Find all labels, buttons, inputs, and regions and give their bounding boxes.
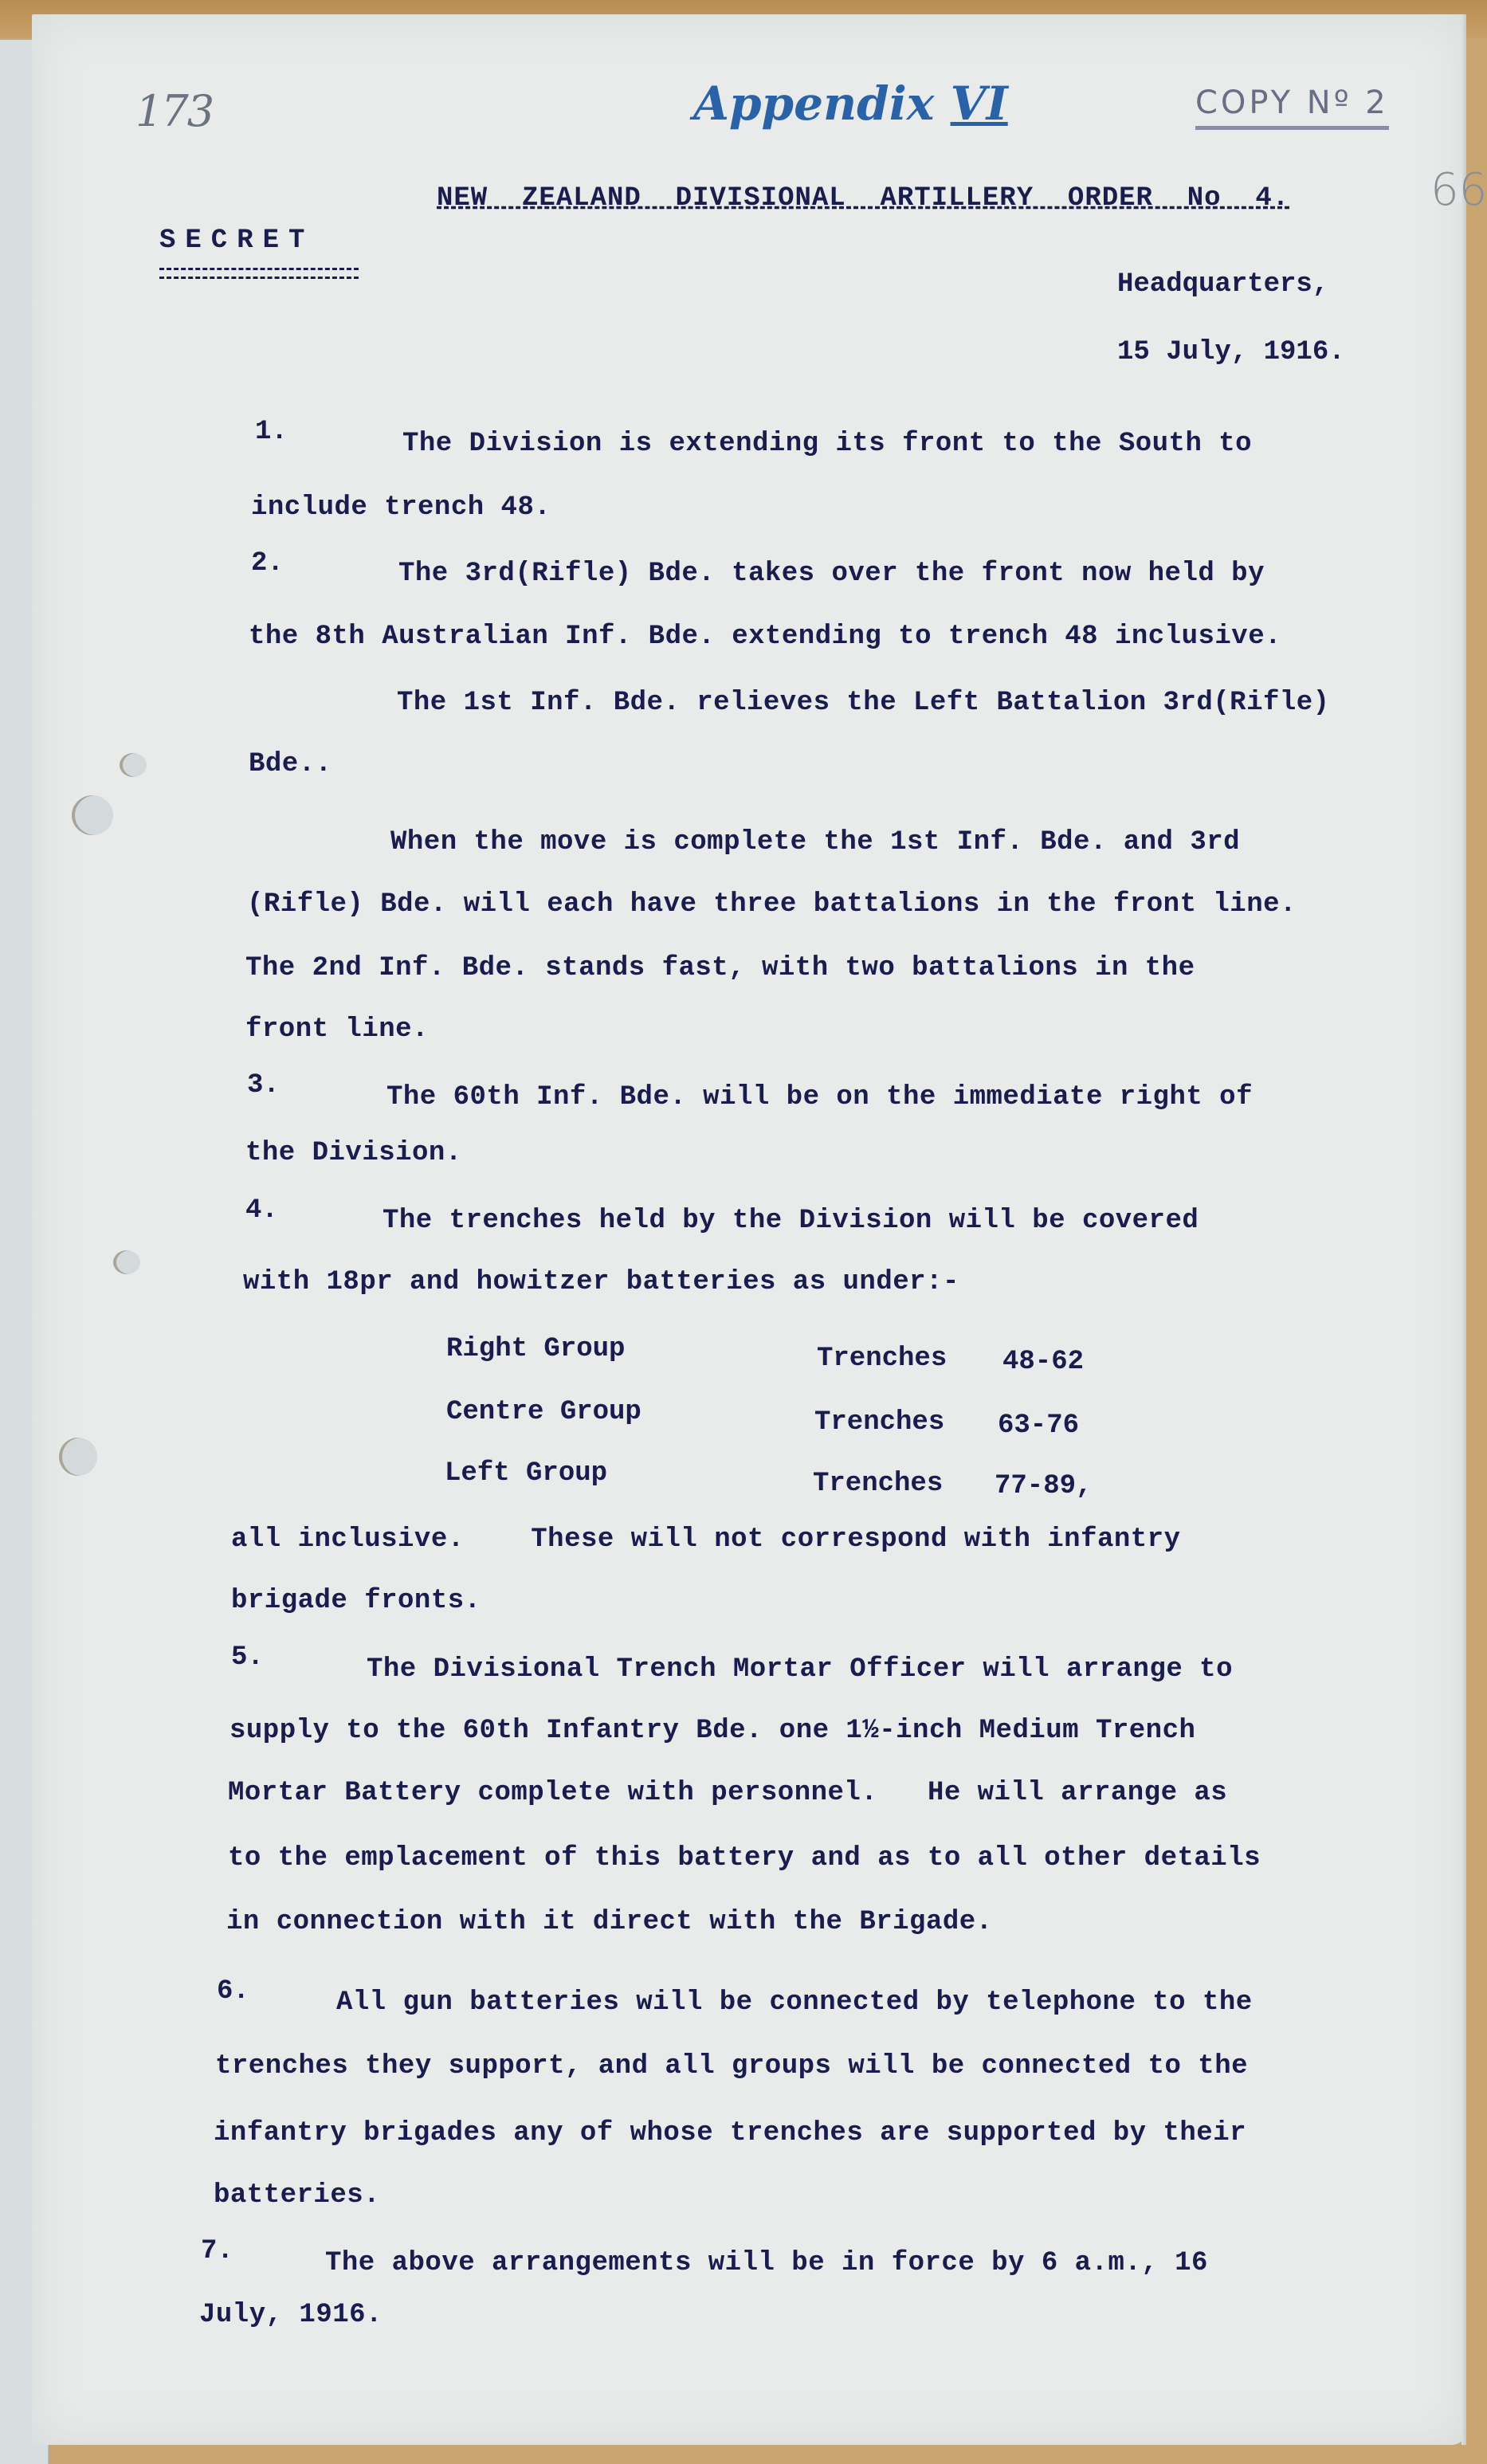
folio-number: 66	[1430, 164, 1487, 216]
paragraph-line: The Divisional Trench Mortar Officer wil…	[367, 1654, 1233, 1685]
paragraph-line: to the emplacement of this battery and a…	[228, 1843, 1261, 1874]
classification-underline	[159, 268, 359, 279]
paragraph-number: 1.	[255, 417, 288, 447]
paragraph-line: include trench 48.	[251, 492, 551, 523]
paragraph-line: All gun batteries will be connected by t…	[336, 1987, 1253, 2018]
paragraph-line: in connection with it direct with the Br…	[226, 1907, 993, 1937]
paragraph-line: brigade fronts.	[231, 1586, 481, 1616]
appendix-annotation: Appendix VI	[693, 77, 1008, 131]
reference-number-text: 173	[135, 86, 213, 136]
paragraph-line: infantry brigades any of whose trenches …	[214, 2118, 1246, 2148]
paragraph-line: Bde..	[249, 749, 332, 779]
punch-hole	[59, 1438, 97, 1476]
paragraph-number: 3.	[247, 1070, 280, 1101]
group-name: Right Group	[446, 1334, 625, 1364]
location-line: Headquarters,	[1117, 269, 1328, 300]
paragraph-line: (Rifle) Bde. will each have three battal…	[247, 889, 1297, 920]
paragraph-number: 4.	[245, 1195, 278, 1226]
paragraph-line: the Division.	[245, 1138, 462, 1168]
group-name: Left Group	[445, 1458, 607, 1489]
group-trenches-label: Trenches	[813, 1469, 943, 1499]
paragraph-line: The 60th Inf. Bde. will be on the immedi…	[386, 1082, 1253, 1112]
archive-reference-number: 173	[135, 86, 213, 136]
paragraph-line: The 2nd Inf. Bde. stands fast, with two …	[245, 953, 1195, 983]
group-trench-range: 48-62	[1002, 1347, 1084, 1377]
paragraph-line: with 18pr and howitzer batteries as unde…	[243, 1267, 959, 1297]
appendix-label: Appendix	[693, 77, 934, 131]
paragraph-line: front line.	[245, 1014, 429, 1045]
paragraph-number: 6.	[217, 1976, 249, 2007]
paragraph-number: 7.	[201, 2236, 233, 2266]
paragraph-line: The above arrangements will be in force …	[325, 2248, 1208, 2278]
paragraph-line: The Division is extending its front to t…	[402, 429, 1252, 459]
classification-marking: SECRET	[159, 226, 314, 256]
document-title: NEW ZEALAND DIVISIONAL ARTILLERY ORDER N…	[437, 183, 1289, 214]
paragraph-line: supply to the 60th Infantry Bde. one 1½-…	[230, 1716, 1195, 1746]
paragraph-line: trenches they support, and all groups wi…	[215, 2051, 1248, 2081]
group-trench-range: 63-76	[998, 1411, 1079, 1441]
page-edge	[1461, 14, 1466, 2445]
date-line: 15 July, 1916.	[1117, 337, 1345, 367]
group-name: Centre Group	[446, 1397, 641, 1427]
paragraph-number: 5.	[231, 1642, 264, 1673]
group-trenches-label: Trenches	[814, 1407, 944, 1438]
paragraph-line: Mortar Battery complete with personnel. …	[228, 1778, 1227, 1808]
paragraph-line: The trenches held by the Division will b…	[383, 1206, 1199, 1236]
punch-hole	[72, 795, 113, 835]
group-trenches-label: Trenches	[817, 1344, 947, 1374]
paragraph-line: When the move is complete the 1st Inf. B…	[390, 827, 1240, 857]
copy-number: COPY Nº 2	[1195, 84, 1389, 130]
group-trench-range: 77-89,	[995, 1471, 1092, 1501]
paragraph-number: 2.	[251, 548, 284, 579]
paragraph-line: batteries.	[214, 2180, 380, 2211]
paragraph-line: the 8th Australian Inf. Bde. extending t…	[249, 622, 1281, 652]
punch-hole	[120, 753, 147, 777]
paragraph-line: The 1st Inf. Bde. relieves the Left Batt…	[397, 688, 1330, 718]
appendix-number: VI	[951, 77, 1008, 131]
document-page: 173 Appendix VI COPY Nº 2 66 NEW ZEALAND…	[32, 14, 1466, 2445]
punch-hole	[113, 1250, 140, 1274]
paragraph-line: July, 1916.	[199, 2300, 383, 2330]
paragraph-line: all inclusive. These will not correspond…	[231, 1524, 1181, 1555]
paragraph-line: The 3rd(Rifle) Bde. takes over the front…	[398, 559, 1265, 589]
